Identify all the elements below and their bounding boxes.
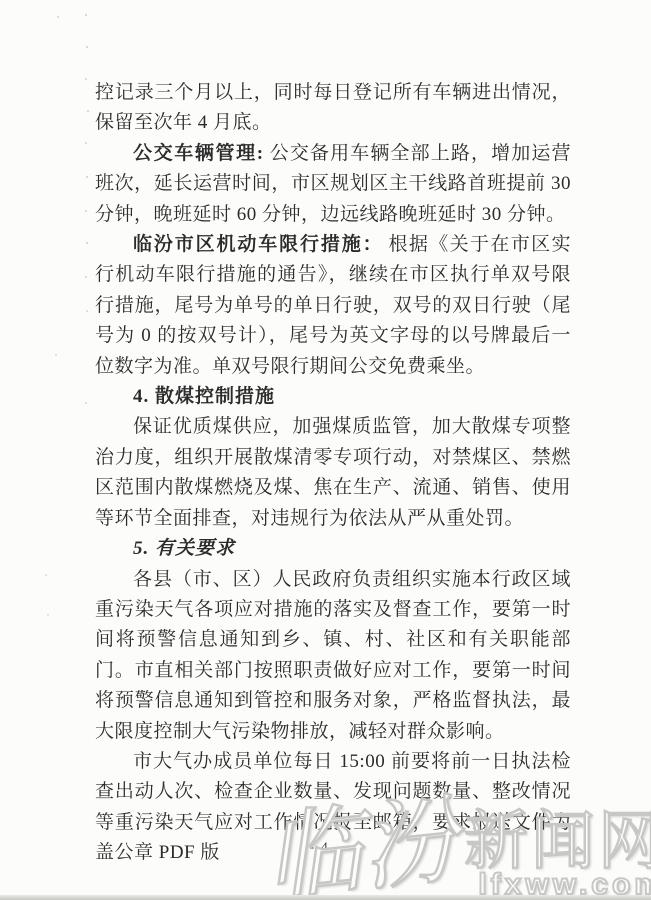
paragraph-text: 保证优质煤供应，加强煤质监管，加大散煤专项整治力度，组织开展散煤清零专项行动，对… (95, 416, 571, 528)
page-number: - 4 - (0, 839, 651, 855)
section-heading-requirements: 5. 有关要求 (95, 534, 571, 564)
paragraph-vehicle-restriction: 临汾市区机动车限行措施：根据《关于在市区实行机动车限行措施的通告》，继续在市区执… (95, 230, 571, 382)
paragraph-text: 控记录三个月以上，同时每日登记所有车辆进出情况，保留至次年 4 月底。 (95, 82, 571, 133)
document-page: 控记录三个月以上，同时每日登记所有车辆进出情况，保留至次年 4 月底。 公交车辆… (0, 0, 651, 900)
scan-noise-speckles (85, 14, 87, 16)
paragraph-video-record: 控记录三个月以上，同时每日登记所有车辆进出情况，保留至次年 4 月底。 (95, 78, 571, 139)
paragraph-government-duties: 各县（市、区）人民政府负责组织实施本行政区域重污染天气各项应对措施的落实及督查工… (95, 565, 571, 747)
paragraph-text: 根据《关于在市区实行机动车限行措施的通告》，继续在市区执行单双号限行措施，尾号为… (95, 234, 571, 377)
paragraph-bus-management: 公交车辆管理:公交备用车辆全部上路，增加运营班次，延长运营时间，市区规划区主干线… (95, 139, 571, 230)
paragraph-lead: 临汾市区机动车限行措施： (133, 234, 383, 255)
paragraph-coal-control: 保证优质煤供应，加强煤质监管，加大散煤专项整治力度，组织开展散煤清零专项行动，对… (95, 412, 571, 534)
paragraph-text: 各县（市、区）人民政府负责组织实施本行政区域重污染天气各项应对措施的落实及督查工… (95, 569, 571, 742)
document-body: 控记录三个月以上，同时每日登记所有车辆进出情况，保留至次年 4 月底。 公交车辆… (95, 78, 571, 869)
paragraph-lead: 公交车辆管理: (133, 143, 264, 164)
scan-bottom-edge (0, 895, 651, 900)
section-heading-coal-control: 4. 散煤控制措施 (95, 382, 571, 412)
